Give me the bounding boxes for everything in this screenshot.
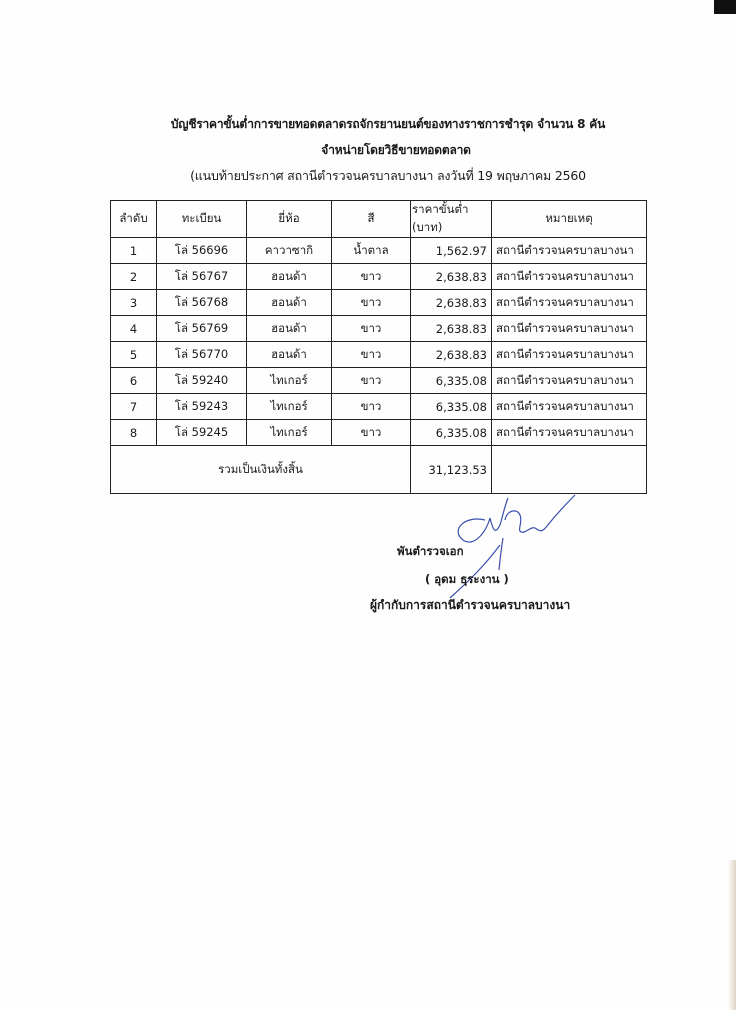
- cell-price: 2,638.83: [411, 342, 492, 368]
- document-reference: (แนบท้ายประกาศ สถานีตำรวจนครบาลบางนา ลงว…: [20, 166, 736, 186]
- cell-brand: ฮอนด้า: [247, 264, 332, 290]
- cell-no: 6: [111, 368, 157, 394]
- cell-brand: ไทเกอร์: [247, 368, 332, 394]
- table-header-row: ลำดับ ทะเบียน ยี่ห้อ สี ราคาขั้นต่ำ (บาท…: [111, 201, 647, 238]
- cell-note: สถานีตำรวจนครบาลบางนา: [492, 238, 647, 264]
- cell-price: 2,638.83: [411, 316, 492, 342]
- cell-plate: โล่ 59240: [157, 368, 247, 394]
- cell-color: ขาว: [332, 316, 411, 342]
- price-table: ลำดับ ทะเบียน ยี่ห้อ สี ราคาขั้นต่ำ (บาท…: [110, 200, 647, 494]
- total-label: รวมเป็นเงินทั้งสิ้น: [111, 446, 411, 494]
- cell-plate: โล่ 56767: [157, 264, 247, 290]
- cell-price: 1,562.97: [411, 238, 492, 264]
- cell-no: 7: [111, 394, 157, 420]
- cell-note: สถานีตำรวจนครบาลบางนา: [492, 316, 647, 342]
- cell-price: 6,335.08: [411, 394, 492, 420]
- cell-price: 2,638.83: [411, 264, 492, 290]
- col-header-price: ราคาขั้นต่ำ (บาท): [411, 201, 492, 238]
- cell-color: น้ำตาล: [332, 238, 411, 264]
- signer-rank: พันตำรวจเอก: [397, 543, 464, 561]
- cell-color: ขาว: [332, 420, 411, 446]
- cell-color: ขาว: [332, 290, 411, 316]
- scan-edge-shade: [728, 860, 736, 1010]
- table-row: 6โล่ 59240ไทเกอร์ขาว6,335.08สถานีตำรวจนค…: [111, 368, 647, 394]
- table-row: 1โล่ 56696คาวาซากิน้ำตาล1,562.97สถานีตำร…: [111, 238, 647, 264]
- document-title: บัญชีราคาขั้นต่ำการขายทอดตลาดรถจักรยานยน…: [20, 115, 736, 134]
- cell-no: 3: [111, 290, 157, 316]
- cell-note: สถานีตำรวจนครบาลบางนา: [492, 394, 647, 420]
- col-header-no: ลำดับ: [111, 201, 157, 238]
- table-row: 2โล่ 56767ฮอนด้าขาว2,638.83สถานีตำรวจนคร…: [111, 264, 647, 290]
- cell-plate: โล่ 56769: [157, 316, 247, 342]
- col-header-note: หมายเหตุ: [492, 201, 647, 238]
- cell-no: 1: [111, 238, 157, 264]
- col-header-brand: ยี่ห้อ: [247, 201, 332, 238]
- cell-color: ขาว: [332, 342, 411, 368]
- cell-price: 6,335.08: [411, 368, 492, 394]
- cell-no: 4: [111, 316, 157, 342]
- cell-note: สถานีตำรวจนครบาลบางนา: [492, 342, 647, 368]
- cell-color: ขาว: [332, 394, 411, 420]
- cell-color: ขาว: [332, 368, 411, 394]
- table-row: 4โล่ 56769ฮอนด้าขาว2,638.83สถานีตำรวจนคร…: [111, 316, 647, 342]
- table-row: 5โล่ 56770ฮอนด้าขาว2,638.83สถานีตำรวจนคร…: [111, 342, 647, 368]
- cell-plate: โล่ 56696: [157, 238, 247, 264]
- total-value: 31,123.53: [411, 446, 492, 494]
- cell-plate: โล่ 56768: [157, 290, 247, 316]
- scan-corner-mark: [714, 0, 736, 14]
- table-row: 3โล่ 56768ฮอนด้าขาว2,638.83สถานีตำรวจนคร…: [111, 290, 647, 316]
- cell-color: ขาว: [332, 264, 411, 290]
- col-header-plate: ทะเบียน: [157, 201, 247, 238]
- cell-note: สถานีตำรวจนครบาลบางนา: [492, 290, 647, 316]
- cell-note: สถานีตำรวจนครบาลบางนา: [492, 368, 647, 394]
- cell-no: 2: [111, 264, 157, 290]
- cell-note: สถานีตำรวจนครบาลบางนา: [492, 264, 647, 290]
- cell-brand: ไทเกอร์: [247, 394, 332, 420]
- cell-plate: โล่ 56770: [157, 342, 247, 368]
- cell-brand: คาวาซากิ: [247, 238, 332, 264]
- col-header-color: สี: [332, 201, 411, 238]
- cell-brand: ฮอนด้า: [247, 290, 332, 316]
- table-total-row: รวมเป็นเงินทั้งสิ้น 31,123.53: [111, 446, 647, 494]
- cell-plate: โล่ 59245: [157, 420, 247, 446]
- document-subtitle: จำหน่ายโดยวิธีขายทอดตลาด: [28, 141, 736, 160]
- cell-price: 6,335.08: [411, 420, 492, 446]
- signer-name: ( อุดม ธุระงาน ): [425, 571, 509, 589]
- signer-position: ผู้กำกับการสถานีตำรวจนครบาลบางนา: [370, 596, 570, 615]
- cell-brand: ไทเกอร์: [247, 420, 332, 446]
- cell-brand: ฮอนด้า: [247, 316, 332, 342]
- cell-price: 2,638.83: [411, 290, 492, 316]
- table-row: 8โล่ 59245ไทเกอร์ขาว6,335.08สถานีตำรวจนค…: [111, 420, 647, 446]
- cell-plate: โล่ 59243: [157, 394, 247, 420]
- table-row: 7โล่ 59243ไทเกอร์ขาว6,335.08สถานีตำรวจนค…: [111, 394, 647, 420]
- cell-note: สถานีตำรวจนครบาลบางนา: [492, 420, 647, 446]
- cell-no: 5: [111, 342, 157, 368]
- total-note: [492, 446, 647, 494]
- cell-brand: ฮอนด้า: [247, 342, 332, 368]
- cell-no: 8: [111, 420, 157, 446]
